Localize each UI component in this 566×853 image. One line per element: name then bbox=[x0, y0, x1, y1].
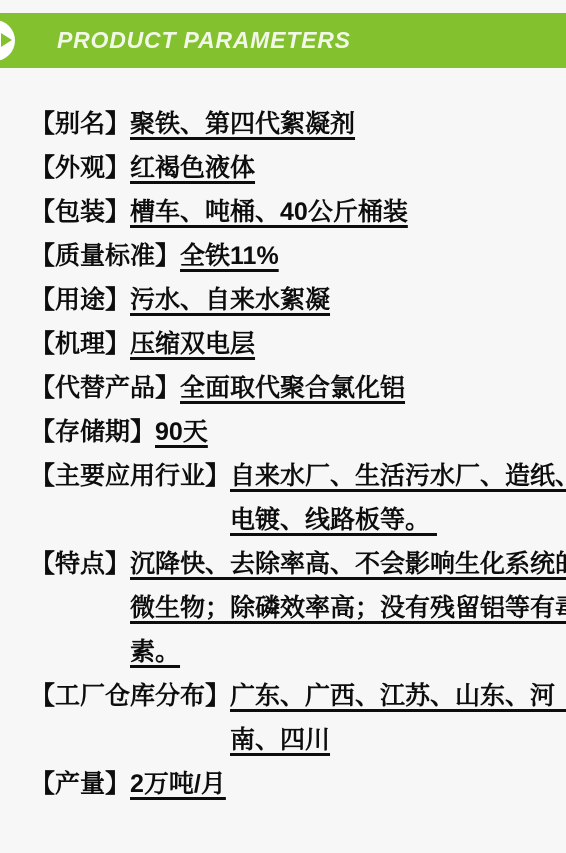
parameter-label: 【主要应用行业】 bbox=[30, 454, 230, 498]
parameter-value-line: 素。 bbox=[130, 630, 538, 674]
parameter-value: 广东、广西、江苏、山东、河 南、四川 bbox=[230, 674, 538, 762]
parameter-value-line: 全面取代聚合氯化铝 bbox=[180, 366, 538, 410]
parameter-label: 【代替产品】 bbox=[30, 366, 180, 410]
parameter-label: 【外观】 bbox=[30, 146, 130, 190]
parameter-value-line: 南、四川 bbox=[230, 718, 538, 762]
parameter-value: 自来水厂、生活污水厂、造纸、 电镀、线路板等。 bbox=[230, 454, 538, 542]
header-badge-circle bbox=[0, 20, 15, 61]
parameter-value-line: 红褐色液体 bbox=[130, 146, 538, 190]
parameter-value: 压缩双电层 bbox=[130, 322, 538, 366]
parameter-value-line: 槽车、吨桶、40公斤桶装 bbox=[130, 190, 538, 234]
parameter-label: 【存储期】 bbox=[30, 410, 155, 454]
parameter-value: 全面取代聚合氯化铝 bbox=[180, 366, 538, 410]
parameter-value-line: 聚铁、第四代絮凝剂 bbox=[130, 102, 538, 146]
parameter-row: 【包装】槽车、吨桶、40公斤桶装 bbox=[30, 190, 538, 234]
parameter-value: 污水、自来水絮凝 bbox=[130, 278, 538, 322]
parameter-row: 【代替产品】全面取代聚合氯化铝 bbox=[30, 366, 538, 410]
parameter-value-line: 自来水厂、生活污水厂、造纸、 bbox=[230, 454, 538, 498]
parameter-label: 【质量标准】 bbox=[30, 234, 180, 278]
parameter-value: 红褐色液体 bbox=[130, 146, 538, 190]
parameter-row: 【别名】聚铁、第四代絮凝剂 bbox=[30, 102, 538, 146]
parameter-value-line: 电镀、线路板等。 bbox=[230, 498, 538, 542]
parameter-value: 槽车、吨桶、40公斤桶装 bbox=[130, 190, 538, 234]
parameter-label: 【机理】 bbox=[30, 322, 130, 366]
parameter-row: 【机理】压缩双电层 bbox=[30, 322, 538, 366]
parameter-value-line: 污水、自来水絮凝 bbox=[130, 278, 538, 322]
parameter-value-line: 2万吨/月 bbox=[130, 762, 538, 806]
parameter-label: 【别名】 bbox=[30, 102, 130, 146]
parameter-row: 【工厂仓库分布】广东、广西、江苏、山东、河 南、四川 bbox=[30, 674, 538, 762]
parameter-value-line: 广东、广西、江苏、山东、河 bbox=[230, 674, 538, 718]
parameter-label: 【包装】 bbox=[30, 190, 130, 234]
parameter-row: 【存储期】90天 bbox=[30, 410, 538, 454]
parameter-value: 90天 bbox=[155, 410, 538, 454]
parameter-value-line: 90天 bbox=[155, 410, 538, 454]
parameter-row: 【外观】红褐色液体 bbox=[30, 146, 538, 190]
parameter-value-line: 微生物；除磷效率高；没有残留铝等有毒元 bbox=[130, 586, 538, 630]
parameter-value: 聚铁、第四代絮凝剂 bbox=[130, 102, 538, 146]
parameter-value: 沉降快、去除率高、不会影响生化系统的 微生物；除磷效率高；没有残留铝等有毒元素。 bbox=[130, 542, 538, 674]
parameter-label: 【工厂仓库分布】 bbox=[30, 674, 230, 718]
parameter-value-line: 沉降快、去除率高、不会影响生化系统的 bbox=[130, 542, 538, 586]
parameter-value: 全铁11% bbox=[180, 234, 538, 278]
parameter-label: 【用途】 bbox=[30, 278, 130, 322]
parameter-value-line: 全铁11% bbox=[180, 234, 538, 278]
parameter-row: 【主要应用行业】自来水厂、生活污水厂、造纸、 电镀、线路板等。 bbox=[30, 454, 538, 542]
parameter-value: 2万吨/月 bbox=[130, 762, 538, 806]
parameter-row: 【产量】2万吨/月 bbox=[30, 762, 538, 806]
parameter-row: 【特点】沉降快、去除率高、不会影响生化系统的 微生物；除磷效率高；没有残留铝等有… bbox=[30, 542, 538, 674]
parameter-label: 【产量】 bbox=[30, 762, 130, 806]
parameters-list: 【别名】聚铁、第四代絮凝剂【外观】红褐色液体【包装】槽车、吨桶、40公斤桶装【质… bbox=[30, 102, 538, 806]
parameter-row: 【用途】污水、自来水絮凝 bbox=[30, 278, 538, 322]
parameter-value-line: 压缩双电层 bbox=[130, 322, 538, 366]
parameter-label: 【特点】 bbox=[30, 542, 130, 586]
parameter-row: 【质量标准】全铁11% bbox=[30, 234, 538, 278]
section-header-banner: PRODUCT PARAMETERS bbox=[0, 13, 566, 68]
arrow-right-icon bbox=[1, 33, 12, 47]
section-title: PRODUCT PARAMETERS bbox=[57, 13, 351, 68]
